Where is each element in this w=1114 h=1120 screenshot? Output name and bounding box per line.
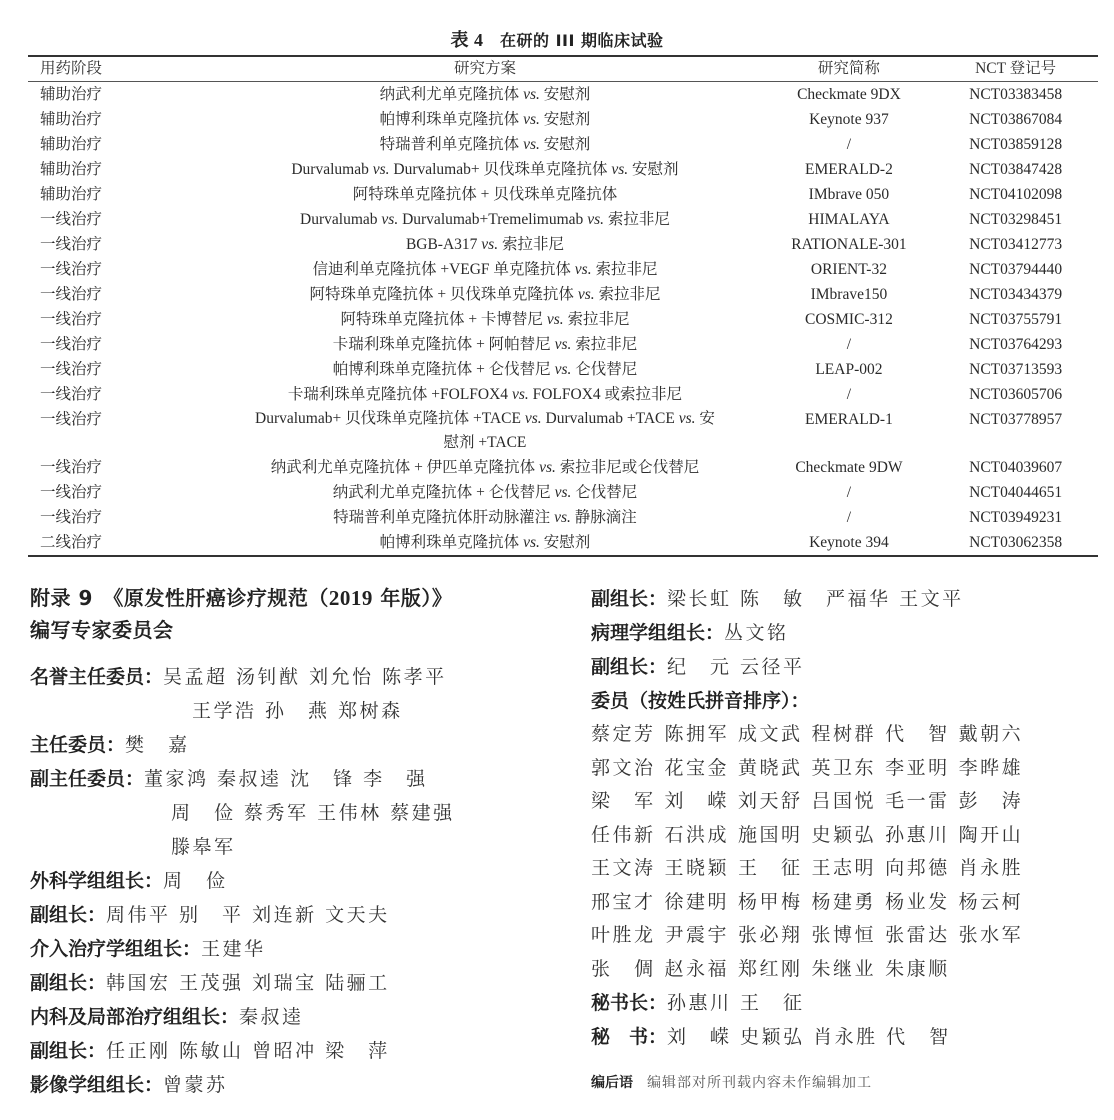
cell-stage: 一线治疗 — [28, 455, 205, 480]
cell-nct: NCT03949231 — [933, 505, 1098, 530]
table-row: 辅助治疗纳武利尤单克隆抗体 vs. 安慰剂Checkmate 9DXNCT033… — [28, 82, 1098, 108]
vs-marker: vs. — [555, 484, 572, 501]
cell-scheme: 阿特珠单克隆抗体 + 贝伐珠单克隆抗体 — [205, 182, 764, 207]
cell-stage: 一线治疗 — [28, 307, 205, 332]
cell-nct: NCT04039607 — [933, 455, 1098, 480]
vs-marker: vs. — [523, 534, 540, 551]
cell-scheme: Durvalumab vs. Durvalumab+Tremelimumab v… — [205, 207, 764, 232]
cell-stage: 辅助治疗 — [28, 132, 205, 157]
appendix-left-column: 附录 9 《原发性肝癌诊疗规范（2019 年版）》 编写专家委员会 名誉主任委员… — [30, 582, 570, 1102]
vs-marker: vs. — [611, 161, 628, 178]
cell-abbr: Keynote 937 — [765, 107, 934, 132]
member-name: 张博恒 — [812, 919, 877, 953]
table-row: 一线治疗阿特珠单克隆抗体 + 贝伐珠单克隆抗体 vs. 索拉非尼IMbrave1… — [28, 282, 1098, 307]
vs-marker: vs. — [555, 361, 572, 378]
editor-note: 编后语编辑部对所刊载内容未作编辑加工 — [591, 1072, 1101, 1092]
cell-stage: 辅助治疗 — [28, 82, 205, 108]
appendix-title-part: 年版）》 — [373, 586, 452, 610]
vice-chair-names: 董家鸿 秦叔逵 沈 锋 李 强 — [144, 768, 428, 790]
table-row: 一线治疗特瑞普利单克隆抗体肝动脉灌注 vs. 静脉滴注/NCT03949231 — [28, 505, 1098, 530]
interventional-vice-line: 副组长：韩国宏 王茂强 刘瑞宝 陆骊工 — [30, 966, 570, 1000]
members-list: 蔡定芳陈拥军成文武程树群代 智戴朝六郭文治花宝金黄晓武英卫东李亚明李晔雄梁 军刘… — [591, 718, 1101, 986]
cell-stage: 一线治疗 — [28, 357, 205, 382]
cell-abbr: / — [765, 382, 934, 407]
cell-nct: NCT03713593 — [933, 357, 1098, 382]
table-body: 辅助治疗纳武利尤单克隆抗体 vs. 安慰剂Checkmate 9DXNCT033… — [28, 82, 1098, 557]
cell-abbr: EMERALD-1 — [765, 407, 934, 455]
pathology-head-line: 病理学组组长：丛文铭 — [591, 616, 1101, 650]
table-header-row: 用药阶段 研究方案 研究简称 NCT 登记号 — [28, 56, 1098, 82]
cell-abbr: Checkmate 9DW — [765, 455, 934, 480]
members-row: 邢宝才徐建明杨甲梅杨建勇杨业发杨云柯 — [591, 886, 1101, 920]
cell-scheme: 帕博利珠单克隆抗体 vs. 安慰剂 — [205, 107, 764, 132]
cell-abbr: / — [765, 480, 934, 505]
cell-stage: 一线治疗 — [28, 232, 205, 257]
member-name: 黄晓武 — [738, 752, 803, 786]
header-abbr: 研究简称 — [765, 56, 934, 82]
surgery-head-names: 周 俭 — [163, 870, 228, 892]
header-stage: 用药阶段 — [28, 56, 205, 82]
members-heading-line: 委员（按姓氏拼音排序）： — [591, 684, 1101, 718]
member-name: 英卫东 — [812, 752, 877, 786]
cell-stage: 辅助治疗 — [28, 157, 205, 182]
vs-marker: vs. — [373, 161, 390, 178]
member-name: 蔡定芳 — [591, 718, 656, 752]
vice-chair-names-2: 周 俭 蔡秀军 王伟林 蔡建强 — [171, 802, 455, 824]
secretary-line: 秘 书：刘 嵘 史颖弘 肖永胜 代 智 — [591, 1020, 1101, 1054]
member-name: 肖永胜 — [959, 852, 1024, 886]
honorary-chair-label: 名誉主任委员： — [30, 666, 163, 688]
member-name: 张必翔 — [738, 919, 803, 953]
imaging-vice-names: 梁长虹 陈 敏 严福华 王文平 — [667, 588, 964, 610]
member-name: 毛一雷 — [885, 785, 950, 819]
member-name: 史颖弘 — [812, 819, 877, 853]
cell-abbr: IMbrave150 — [765, 282, 934, 307]
member-name: 尹震宇 — [665, 919, 730, 953]
member-name: 徐建明 — [665, 886, 730, 920]
member-name: 张水军 — [959, 919, 1024, 953]
cell-nct: NCT03383458 — [933, 82, 1098, 108]
cell-scheme: 特瑞普利单克隆抗体肝动脉灌注 vs. 静脉滴注 — [205, 505, 764, 530]
member-name: 杨甲梅 — [738, 886, 803, 920]
cell-abbr: EMERALD-2 — [765, 157, 934, 182]
chair-label: 主任委员： — [30, 734, 125, 756]
phase3-trials-table: 用药阶段 研究方案 研究简称 NCT 登记号 辅助治疗纳武利尤单克隆抗体 vs.… — [28, 55, 1098, 557]
cell-scheme: 信迪利单克隆抗体 +VEGF 单克隆抗体 vs. 索拉非尼 — [205, 257, 764, 282]
vice-chair-line-3: 滕皋军 — [30, 830, 570, 864]
pathology-head-names: 丛文铭 — [724, 622, 789, 644]
member-name: 李亚明 — [885, 752, 950, 786]
member-name: 成文武 — [738, 718, 803, 752]
cell-nct: NCT03605706 — [933, 382, 1098, 407]
cell-scheme: Durvalumab+ 贝伐珠单克隆抗体 +TACE vs. Durvaluma… — [205, 407, 764, 455]
member-name: 向邦德 — [885, 852, 950, 886]
member-name: 朱继业 — [812, 953, 877, 987]
vs-marker: vs. — [575, 261, 592, 278]
cell-scheme: 帕博利珠单克隆抗体 + 仑伐替尼 vs. 仑伐替尼 — [205, 357, 764, 382]
table-row: 一线治疗纳武利尤单克隆抗体 + 伊匹单克隆抗体 vs. 索拉非尼或仑伐替尼Che… — [28, 455, 1098, 480]
appendix-title-year: 2019 — [329, 586, 373, 610]
member-name: 叶胜龙 — [591, 919, 656, 953]
vs-marker: vs. — [554, 509, 571, 526]
table-row: 辅助治疗帕博利珠单克隆抗体 vs. 安慰剂Keynote 937NCT03867… — [28, 107, 1098, 132]
cell-scheme: BGB-A317 vs. 索拉非尼 — [205, 232, 764, 257]
member-name: 花宝金 — [665, 752, 730, 786]
member-name: 杨业发 — [885, 886, 950, 920]
medical-head-line: 内科及局部治疗组组长：秦叔逵 — [30, 1000, 570, 1034]
cell-abbr: / — [765, 132, 934, 157]
member-name: 王晓颖 — [665, 852, 730, 886]
table-row: 一线治疗卡瑞利珠单克隆抗体 +FOLFOX4 vs. FOLFOX4 或索拉非尼… — [28, 382, 1098, 407]
cell-scheme: Durvalumab vs. Durvalumab+ 贝伐珠单克隆抗体 vs. … — [205, 157, 764, 182]
cell-abbr: IMbrave 050 — [765, 182, 934, 207]
appendix-title-part: 附录 9 《原发性肝癌诊疗规范（ — [30, 586, 329, 610]
medical-head-label: 内科及局部治疗组组长： — [30, 1006, 239, 1028]
members-row: 王文涛王晓颖王 征王志明向邦德肖永胜 — [591, 852, 1101, 886]
vs-marker: vs. — [587, 211, 604, 228]
editor-note-label: 编后语 — [591, 1075, 633, 1091]
cell-nct: NCT03755791 — [933, 307, 1098, 332]
cell-abbr: / — [765, 332, 934, 357]
imaging-vice-line: 副组长：梁长虹 陈 敏 严福华 王文平 — [591, 582, 1101, 616]
members-row: 蔡定芳陈拥军成文武程树群代 智戴朝六 — [591, 718, 1101, 752]
surgery-head-line: 外科学组组长：周 俭 — [30, 864, 570, 898]
member-name: 代 智 — [885, 718, 950, 752]
table-title: 表 4 在研的 III 期临床试验 — [0, 26, 1114, 52]
member-name: 刘天舒 — [738, 785, 803, 819]
member-name: 施国明 — [738, 819, 803, 853]
cell-scheme: 纳武利尤单克隆抗体 + 伊匹单克隆抗体 vs. 索拉非尼或仑伐替尼 — [205, 455, 764, 480]
cell-nct: NCT03794440 — [933, 257, 1098, 282]
imaging-head-line: 影像学组组长：曾蒙苏 — [30, 1068, 570, 1102]
member-name: 张雷达 — [885, 919, 950, 953]
member-name: 王志明 — [812, 852, 877, 886]
pathology-vice-line: 副组长：纪 元 云径平 — [591, 650, 1101, 684]
cell-nct: NCT03867084 — [933, 107, 1098, 132]
members-row: 叶胜龙尹震宇张必翔张博恒张雷达张水军 — [591, 919, 1101, 953]
cell-scheme: 帕博利珠单克隆抗体 vs. 安慰剂 — [205, 530, 764, 556]
cell-scheme: 阿特珠单克隆抗体 + 贝伐珠单克隆抗体 vs. 索拉非尼 — [205, 282, 764, 307]
cell-abbr: HIMALAYA — [765, 207, 934, 232]
cell-nct: NCT03434379 — [933, 282, 1098, 307]
cell-scheme: 纳武利尤单克隆抗体 vs. 安慰剂 — [205, 82, 764, 108]
interventional-head-line: 介入治疗学组组长：王建华 — [30, 932, 570, 966]
member-name: 朱康顺 — [885, 953, 950, 987]
cell-nct: NCT03764293 — [933, 332, 1098, 357]
vs-marker: vs. — [539, 459, 556, 476]
secretary-general-line: 秘书长：孙惠川 王 征 — [591, 986, 1101, 1020]
imaging-head-names: 曾蒙苏 — [163, 1074, 228, 1096]
member-name: 彭 涛 — [959, 785, 1024, 819]
member-name: 陶开山 — [959, 819, 1024, 853]
surgery-vice-names: 周伟平 别 平 刘连新 文天夫 — [106, 904, 390, 926]
medical-vice-label: 副组长： — [30, 1040, 106, 1062]
cell-nct: NCT03778957 — [933, 407, 1098, 455]
table-row: 一线治疗Durvalumab vs. Durvalumab+Tremelimum… — [28, 207, 1098, 232]
surgery-vice-line: 副组长：周伟平 别 平 刘连新 文天夫 — [30, 898, 570, 932]
cell-abbr: LEAP-002 — [765, 357, 934, 382]
vs-marker: vs. — [381, 211, 398, 228]
cell-stage: 一线治疗 — [28, 407, 205, 455]
cell-nct: NCT03298451 — [933, 207, 1098, 232]
member-name: 吕国悦 — [812, 785, 877, 819]
honorary-chair-line: 名誉主任委员：吴孟超 汤钊猷 刘允怡 陈孝平 — [30, 660, 570, 694]
table-row: 一线治疗信迪利单克隆抗体 +VEGF 单克隆抗体 vs. 索拉非尼ORIENT-… — [28, 257, 1098, 282]
interventional-head-names: 王建华 — [201, 938, 266, 960]
cell-stage: 一线治疗 — [28, 505, 205, 530]
member-name: 戴朝六 — [959, 718, 1024, 752]
table-row: 辅助治疗特瑞普利单克隆抗体 vs. 安慰剂/NCT03859128 — [28, 132, 1098, 157]
cell-nct: NCT04102098 — [933, 182, 1098, 207]
imaging-head-label: 影像学组组长： — [30, 1074, 163, 1096]
cell-stage: 辅助治疗 — [28, 107, 205, 132]
editor-note-text: 编辑部对所刊载内容未作编辑加工 — [647, 1075, 872, 1091]
imaging-vice-label: 副组长： — [591, 588, 667, 610]
vice-chair-line-2: 周 俭 蔡秀军 王伟林 蔡建强 — [30, 796, 570, 830]
cell-stage: 一线治疗 — [28, 480, 205, 505]
vice-chair-line: 副主任委员：董家鸿 秦叔逵 沈 锋 李 强 — [30, 762, 570, 796]
member-name: 赵永福 — [665, 953, 730, 987]
cell-stage: 一线治疗 — [28, 282, 205, 307]
vs-marker: vs. — [547, 311, 564, 328]
cell-scheme: 特瑞普利单克隆抗体 vs. 安慰剂 — [205, 132, 764, 157]
table-row: 辅助治疗阿特珠单克隆抗体 + 贝伐珠单克隆抗体IMbrave 050NCT041… — [28, 182, 1098, 207]
member-name: 王 征 — [738, 852, 803, 886]
vs-marker: vs. — [679, 410, 696, 427]
cell-nct: NCT03847428 — [933, 157, 1098, 182]
table-row: 一线治疗帕博利珠单克隆抗体 + 仑伐替尼 vs. 仑伐替尼LEAP-002NCT… — [28, 357, 1098, 382]
honorary-chair-line-2: 王学浩 孙 燕 郑树森 — [30, 694, 570, 728]
vs-marker: vs. — [512, 386, 529, 403]
member-name: 陈拥军 — [665, 718, 730, 752]
member-name: 刘 嵘 — [665, 785, 730, 819]
cell-nct: NCT04044651 — [933, 480, 1098, 505]
members-row: 张 倜赵永福郑红刚朱继业朱康顺 — [591, 953, 1101, 987]
appendix-title: 附录 9 《原发性肝癌诊疗规范（2019 年版）》 编写专家委员会 — [30, 582, 570, 646]
chair-names: 樊 嘉 — [125, 734, 190, 756]
cell-abbr: ORIENT-32 — [765, 257, 934, 282]
member-name: 张 倜 — [591, 953, 656, 987]
cell-scheme: 阿特珠单克隆抗体 + 卡博替尼 vs. 索拉非尼 — [205, 307, 764, 332]
secretary-general-names: 孙惠川 王 征 — [667, 992, 805, 1014]
member-name: 郭文治 — [591, 752, 656, 786]
appendix-right-column: 副组长：梁长虹 陈 敏 严福华 王文平 病理学组组长：丛文铭 副组长：纪 元 云… — [591, 582, 1101, 1092]
medical-head-names: 秦叔逵 — [239, 1006, 304, 1028]
cell-scheme: 纳武利尤单克隆抗体 + 仑伐替尼 vs. 仑伐替尼 — [205, 480, 764, 505]
vs-marker: vs. — [523, 111, 540, 128]
cell-stage: 一线治疗 — [28, 332, 205, 357]
vs-marker: vs. — [578, 286, 595, 303]
cell-scheme: 卡瑞利珠单克隆抗体 + 阿帕替尼 vs. 索拉非尼 — [205, 332, 764, 357]
member-name: 李晔雄 — [959, 752, 1024, 786]
cell-abbr: RATIONALE-301 — [765, 232, 934, 257]
cell-stage: 一线治疗 — [28, 207, 205, 232]
member-name: 梁 军 — [591, 785, 656, 819]
table-number: 表 4 — [450, 30, 483, 50]
secretary-names: 刘 嵘 史颖弘 肖永胜 代 智 — [667, 1026, 951, 1048]
members-row: 郭文治花宝金黄晓武英卫东李亚明李晔雄 — [591, 752, 1101, 786]
header-scheme: 研究方案 — [205, 56, 764, 82]
honorary-chair-names-2: 王学浩 孙 燕 郑树森 — [192, 700, 403, 722]
member-name: 邢宝才 — [591, 886, 656, 920]
cell-abbr: COSMIC-312 — [765, 307, 934, 332]
members-row: 梁 军刘 嵘刘天舒吕国悦毛一雷彭 涛 — [591, 785, 1101, 819]
interventional-head-label: 介入治疗学组组长： — [30, 938, 201, 960]
table-caption: 在研的 III 期临床试验 — [500, 31, 664, 50]
secretary-general-label: 秘书长： — [591, 992, 667, 1014]
pathology-vice-names: 纪 元 云径平 — [667, 656, 805, 678]
honorary-chair-names: 吴孟超 汤钊猷 刘允怡 陈孝平 — [163, 666, 447, 688]
vs-marker: vs. — [481, 236, 498, 253]
medical-vice-names: 任正刚 陈敏山 曾昭冲 梁 萍 — [106, 1040, 390, 1062]
member-name: 王文涛 — [591, 852, 656, 886]
cell-nct: NCT03859128 — [933, 132, 1098, 157]
vs-marker: vs. — [523, 86, 540, 103]
header-nct: NCT 登记号 — [933, 56, 1098, 82]
chair-line: 主任委员：樊 嘉 — [30, 728, 570, 762]
member-name: 杨云柯 — [959, 886, 1024, 920]
interventional-vice-label: 副组长： — [30, 972, 106, 994]
cell-stage: 一线治疗 — [28, 382, 205, 407]
cell-nct: NCT03062358 — [933, 530, 1098, 556]
table-row: 一线治疗纳武利尤单克隆抗体 + 仑伐替尼 vs. 仑伐替尼/NCT0404465… — [28, 480, 1098, 505]
table-row: 一线治疗Durvalumab+ 贝伐珠单克隆抗体 +TACE vs. Durva… — [28, 407, 1098, 455]
cell-stage: 辅助治疗 — [28, 182, 205, 207]
table-row: 辅助治疗Durvalumab vs. Durvalumab+ 贝伐珠单克隆抗体 … — [28, 157, 1098, 182]
vice-chair-label: 副主任委员： — [30, 768, 144, 790]
vs-marker: vs. — [555, 336, 572, 353]
surgery-head-label: 外科学组组长： — [30, 870, 163, 892]
member-name: 任伟新 — [591, 819, 656, 853]
cell-scheme: 卡瑞利珠单克隆抗体 +FOLFOX4 vs. FOLFOX4 或索拉非尼 — [205, 382, 764, 407]
cell-stage: 一线治疗 — [28, 257, 205, 282]
pathology-head-label: 病理学组组长： — [591, 622, 724, 644]
appendix-title-line1: 附录 9 《原发性肝癌诊疗规范（2019 年版）》 — [30, 582, 570, 614]
secretary-label: 秘 书： — [591, 1026, 667, 1048]
appendix-title-line2: 编写专家委员会 — [30, 614, 570, 646]
member-name: 程树群 — [812, 718, 877, 752]
vice-chair-names-3: 滕皋军 — [171, 836, 236, 858]
table-row: 一线治疗卡瑞利珠单克隆抗体 + 阿帕替尼 vs. 索拉非尼/NCT0376429… — [28, 332, 1098, 357]
table-row: 一线治疗阿特珠单克隆抗体 + 卡博替尼 vs. 索拉非尼COSMIC-312NC… — [28, 307, 1098, 332]
member-name: 郑红刚 — [738, 953, 803, 987]
table-row: 一线治疗BGB-A317 vs. 索拉非尼RATIONALE-301NCT034… — [28, 232, 1098, 257]
members-row: 任伟新石洪成施国明史颖弘孙惠川陶开山 — [591, 819, 1101, 853]
member-name: 杨建勇 — [812, 886, 877, 920]
member-name: 孙惠川 — [885, 819, 950, 853]
member-name: 石洪成 — [665, 819, 730, 853]
cell-abbr: Checkmate 9DX — [765, 82, 934, 108]
medical-vice-line: 副组长：任正刚 陈敏山 曾昭冲 梁 萍 — [30, 1034, 570, 1068]
table-row: 二线治疗帕博利珠单克隆抗体 vs. 安慰剂Keynote 394NCT03062… — [28, 530, 1098, 556]
cell-nct: NCT03412773 — [933, 232, 1098, 257]
cell-abbr: Keynote 394 — [765, 530, 934, 556]
cell-abbr: / — [765, 505, 934, 530]
surgery-vice-label: 副组长： — [30, 904, 106, 926]
cell-stage: 二线治疗 — [28, 530, 205, 556]
pathology-vice-label: 副组长： — [591, 656, 667, 678]
vs-marker: vs. — [523, 136, 540, 153]
interventional-vice-names: 韩国宏 王茂强 刘瑞宝 陆骊工 — [106, 972, 390, 994]
vs-marker: vs. — [525, 410, 542, 427]
members-label: 委员（按姓氏拼音排序）： — [591, 690, 810, 712]
